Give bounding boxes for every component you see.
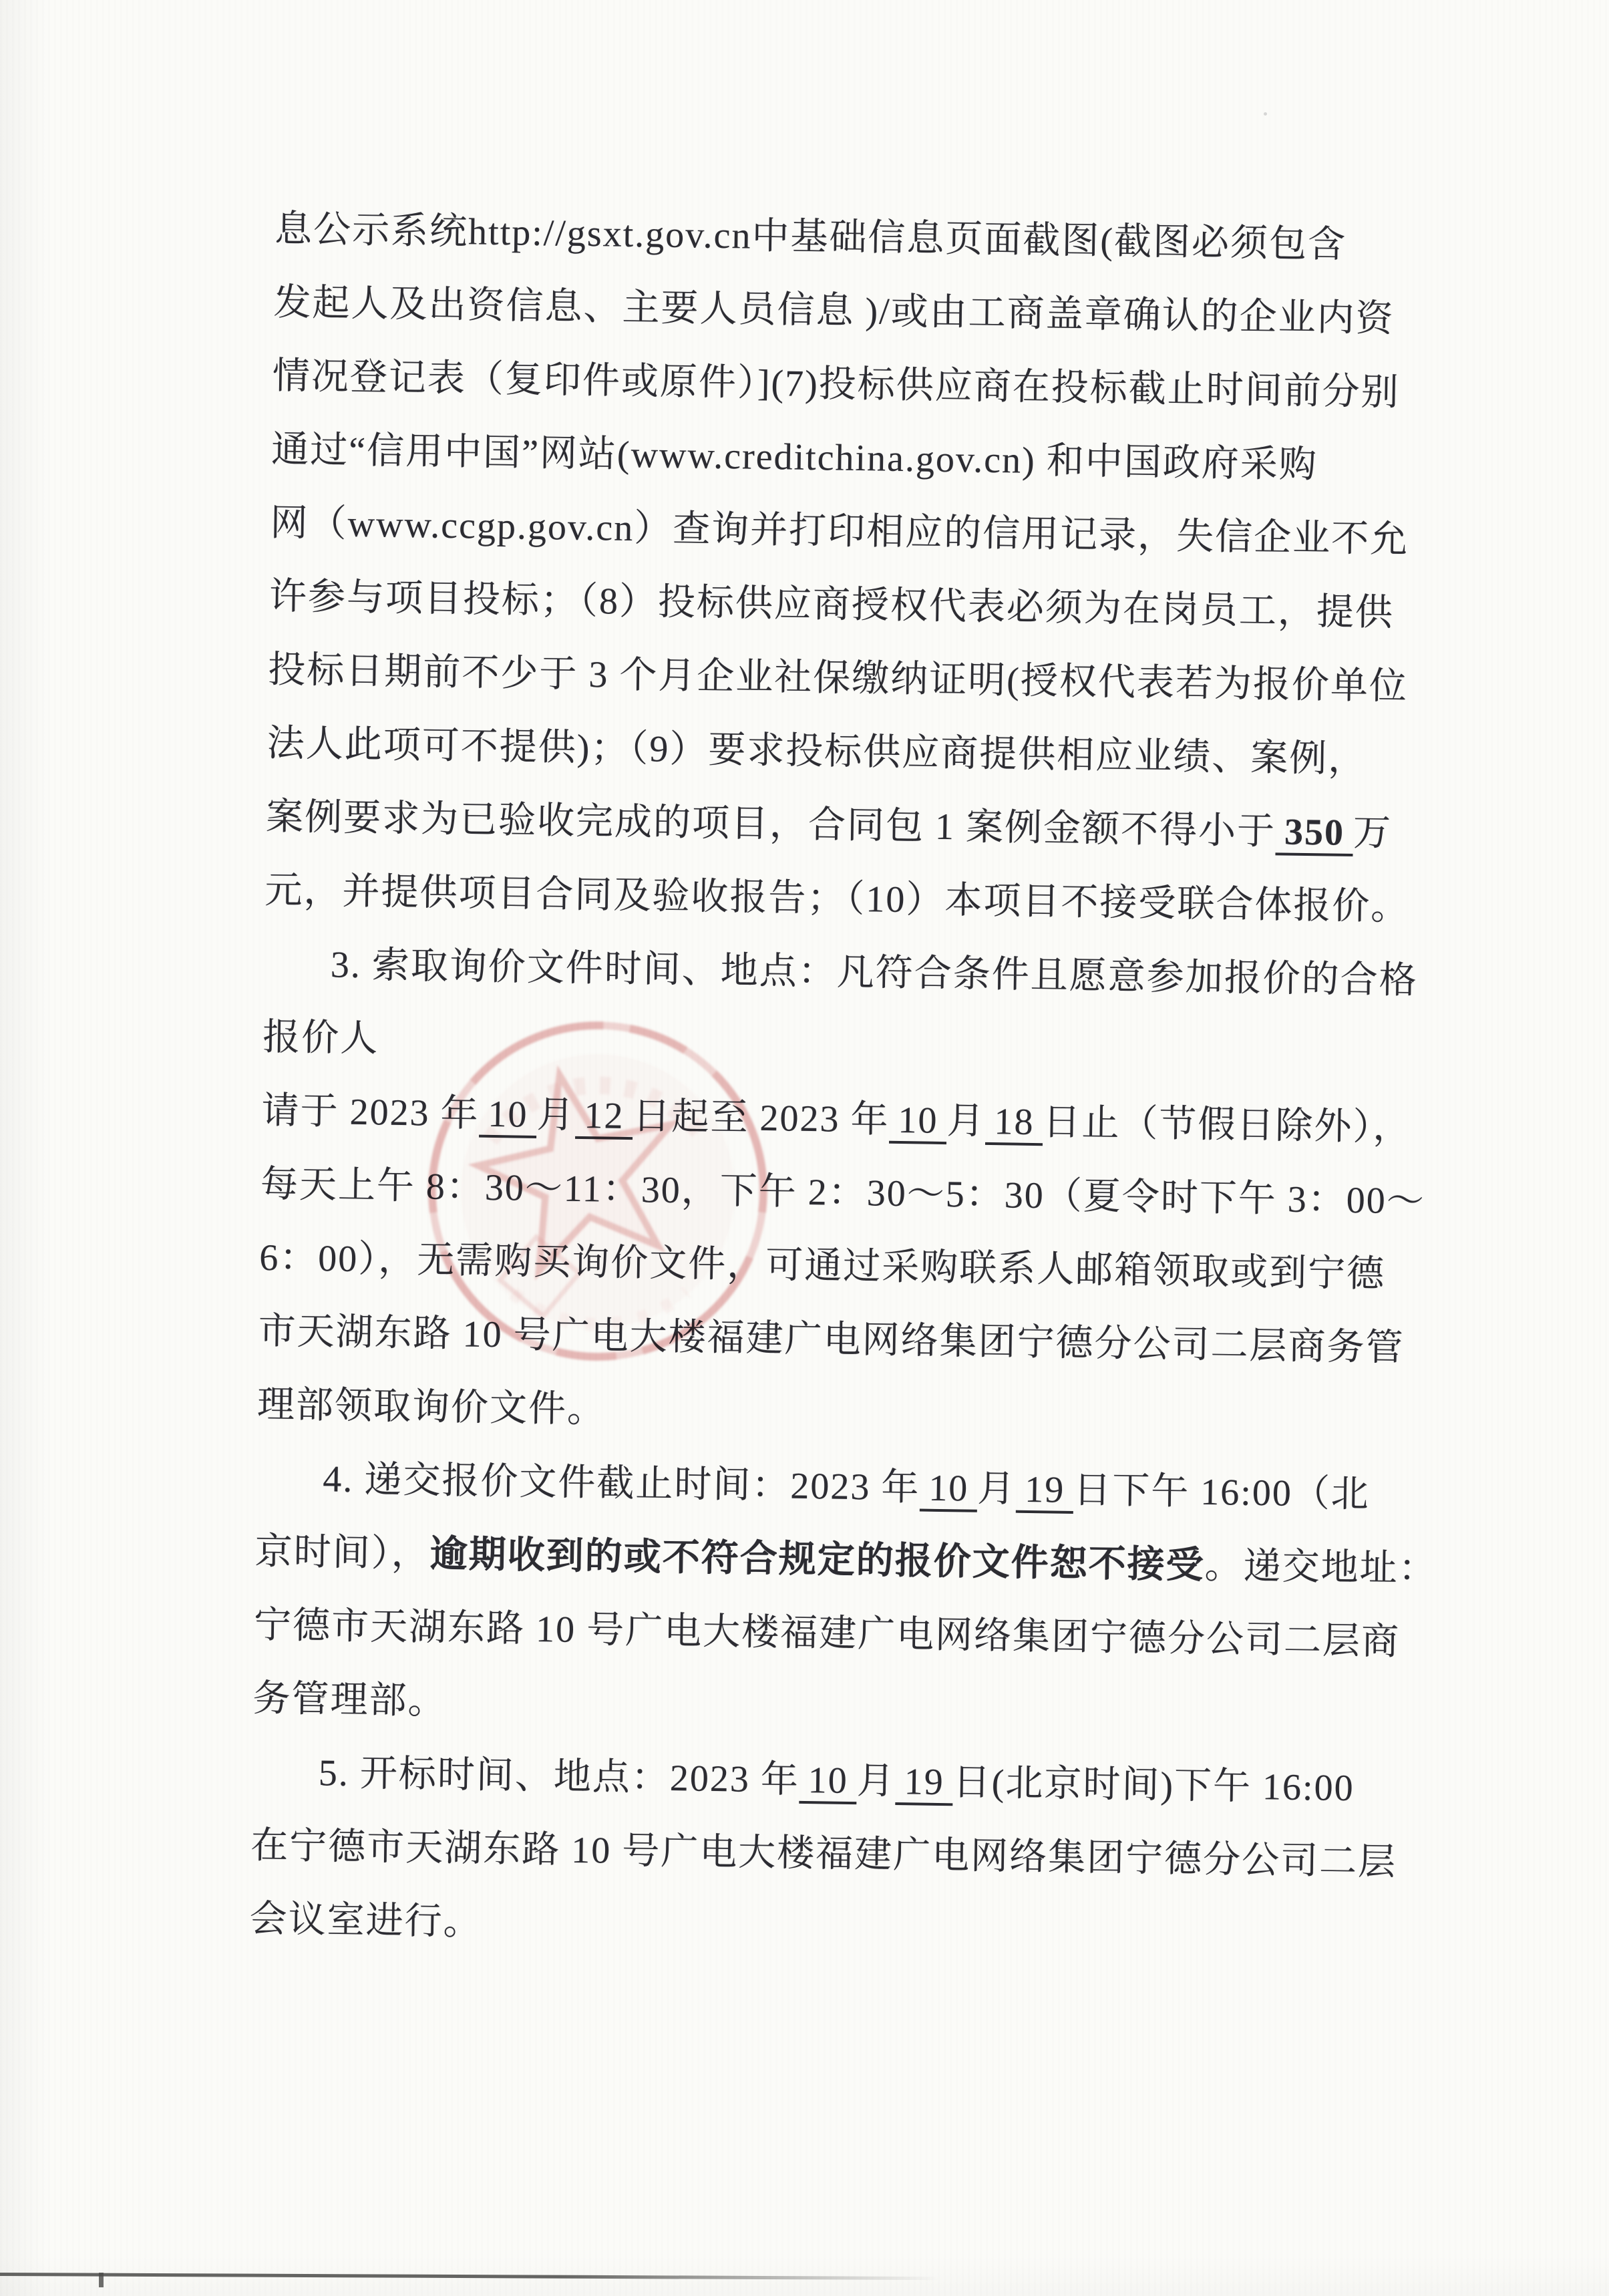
text-run: 日止（节假日除外）， bbox=[1043, 1102, 1412, 1148]
text-run: 通过“信用中国”网站(www.creditchina.gov.cn) 和中国政府… bbox=[271, 429, 1318, 486]
underlined-value: 18 bbox=[985, 1101, 1043, 1146]
text-run: 每天上午 8：30～11：30，下午 2：30～5：30（夏令时下午 3：00～ bbox=[260, 1164, 1426, 1222]
underlined-value: 10 bbox=[920, 1468, 978, 1512]
text-run: 日起至 2023 年 bbox=[633, 1096, 890, 1141]
text-run: 京时间）， bbox=[254, 1531, 430, 1575]
underlined-value: 10 bbox=[889, 1100, 947, 1144]
text-run: 网（www.ccgp.gov.cn）查询并打印相应的信用记录，失信企业不允 bbox=[270, 502, 1409, 560]
text-run: 发起人及出资信息、主要人员信息 )/或由工商盖章确认的企业内资 bbox=[273, 282, 1395, 340]
text-run: 许参与项目投标；（8）投标供应商授权代表必须为在岗员工，提供 bbox=[269, 576, 1395, 634]
text-run: 元，并提供项目合同及验收报告；（10）本项目不接受联合体报价。 bbox=[264, 870, 1410, 928]
text-run: 息公示系统http://gsxt.gov.cn中基础信息页面截图(截图必须包含 bbox=[275, 208, 1347, 266]
text-run: 5. 开标时间、地点：2023 年 bbox=[318, 1752, 799, 1801]
underlined-value: 12 bbox=[575, 1095, 633, 1140]
text-run: 报价人 bbox=[262, 1017, 379, 1060]
scan-speck bbox=[321, 1695, 325, 1698]
underlined-value: 10 bbox=[799, 1760, 857, 1804]
text-run: 日(北京时间)下午 16:00 bbox=[952, 1762, 1355, 1809]
text-run: 日下午 16:00（北 bbox=[1073, 1470, 1370, 1516]
text-run: 请于 2023 年 bbox=[261, 1090, 480, 1135]
underlined-value: 350 bbox=[1275, 811, 1353, 856]
text-run: 万 bbox=[1353, 812, 1392, 854]
underlined-value: 19 bbox=[895, 1761, 953, 1806]
text-run: 月 bbox=[856, 1760, 896, 1802]
text-run: 月 bbox=[536, 1094, 576, 1136]
text-run: 宁德市天湖东路 10 号广电大楼福建广电网络集团宁德分公司二层商 bbox=[254, 1605, 1401, 1663]
text-run: 。递交地址： bbox=[1204, 1545, 1437, 1590]
scan-speck bbox=[1264, 112, 1267, 116]
text-run: 案例要求为已验收完成的项目，合同包 1 案例金额不得小于 bbox=[266, 796, 1276, 852]
scan-edge-notch bbox=[99, 2273, 104, 2287]
text-run: 月 bbox=[946, 1100, 986, 1142]
text-run: 情况登记表（复印件或原件）](7)投标供应商在投标截止时间前分别 bbox=[272, 355, 1400, 414]
text-run: 6：00），无需购买询价文件，可通过采购联系人邮箱领取或到宁德 bbox=[259, 1237, 1386, 1295]
text-run: 务管理部。 bbox=[252, 1678, 447, 1722]
text-run: 理部领取询价文件。 bbox=[257, 1384, 606, 1431]
underlined-value: 19 bbox=[1016, 1469, 1074, 1514]
text-run: 市天湖东路 10 号广电大楼福建广电网络集团宁德分公司二层商务管 bbox=[258, 1311, 1405, 1369]
scan-bottom-edge-line bbox=[0, 2273, 1269, 2281]
text-run: 投标日期前不少于 3 个月企业社保缴纳证明(授权代表若为报价单位 bbox=[268, 649, 1408, 707]
text-run: 3. 索取询价文件时间、地点：凡符合条件且愿意参加报价的合格 bbox=[330, 944, 1418, 1001]
text-run: 法人此项可不提供)；（9）要求投标供应商提供相应业绩、案例， bbox=[266, 723, 1367, 780]
text-run: 月 bbox=[977, 1468, 1017, 1510]
text-run: 会议室进行。 bbox=[249, 1899, 482, 1943]
text-run: 4. 递交报价文件截止时间：2023 年 bbox=[323, 1458, 920, 1508]
underlined-value: 10 bbox=[479, 1094, 537, 1138]
text-run: 在宁德市天湖东路 10 号广电大楼福建广电网络集团宁德分公司二层 bbox=[250, 1825, 1397, 1883]
document-text: 息公示系统http://gsxt.gov.cn中基础信息页面截图(截图必须包含发… bbox=[249, 192, 1411, 1973]
text-run: 逾期收到的或不符合规定的报价文件恕不接受 bbox=[429, 1534, 1205, 1587]
scanned-document-page: 息公示系统http://gsxt.gov.cn中基础信息页面截图(截图必须包含发… bbox=[0, 0, 1609, 2296]
